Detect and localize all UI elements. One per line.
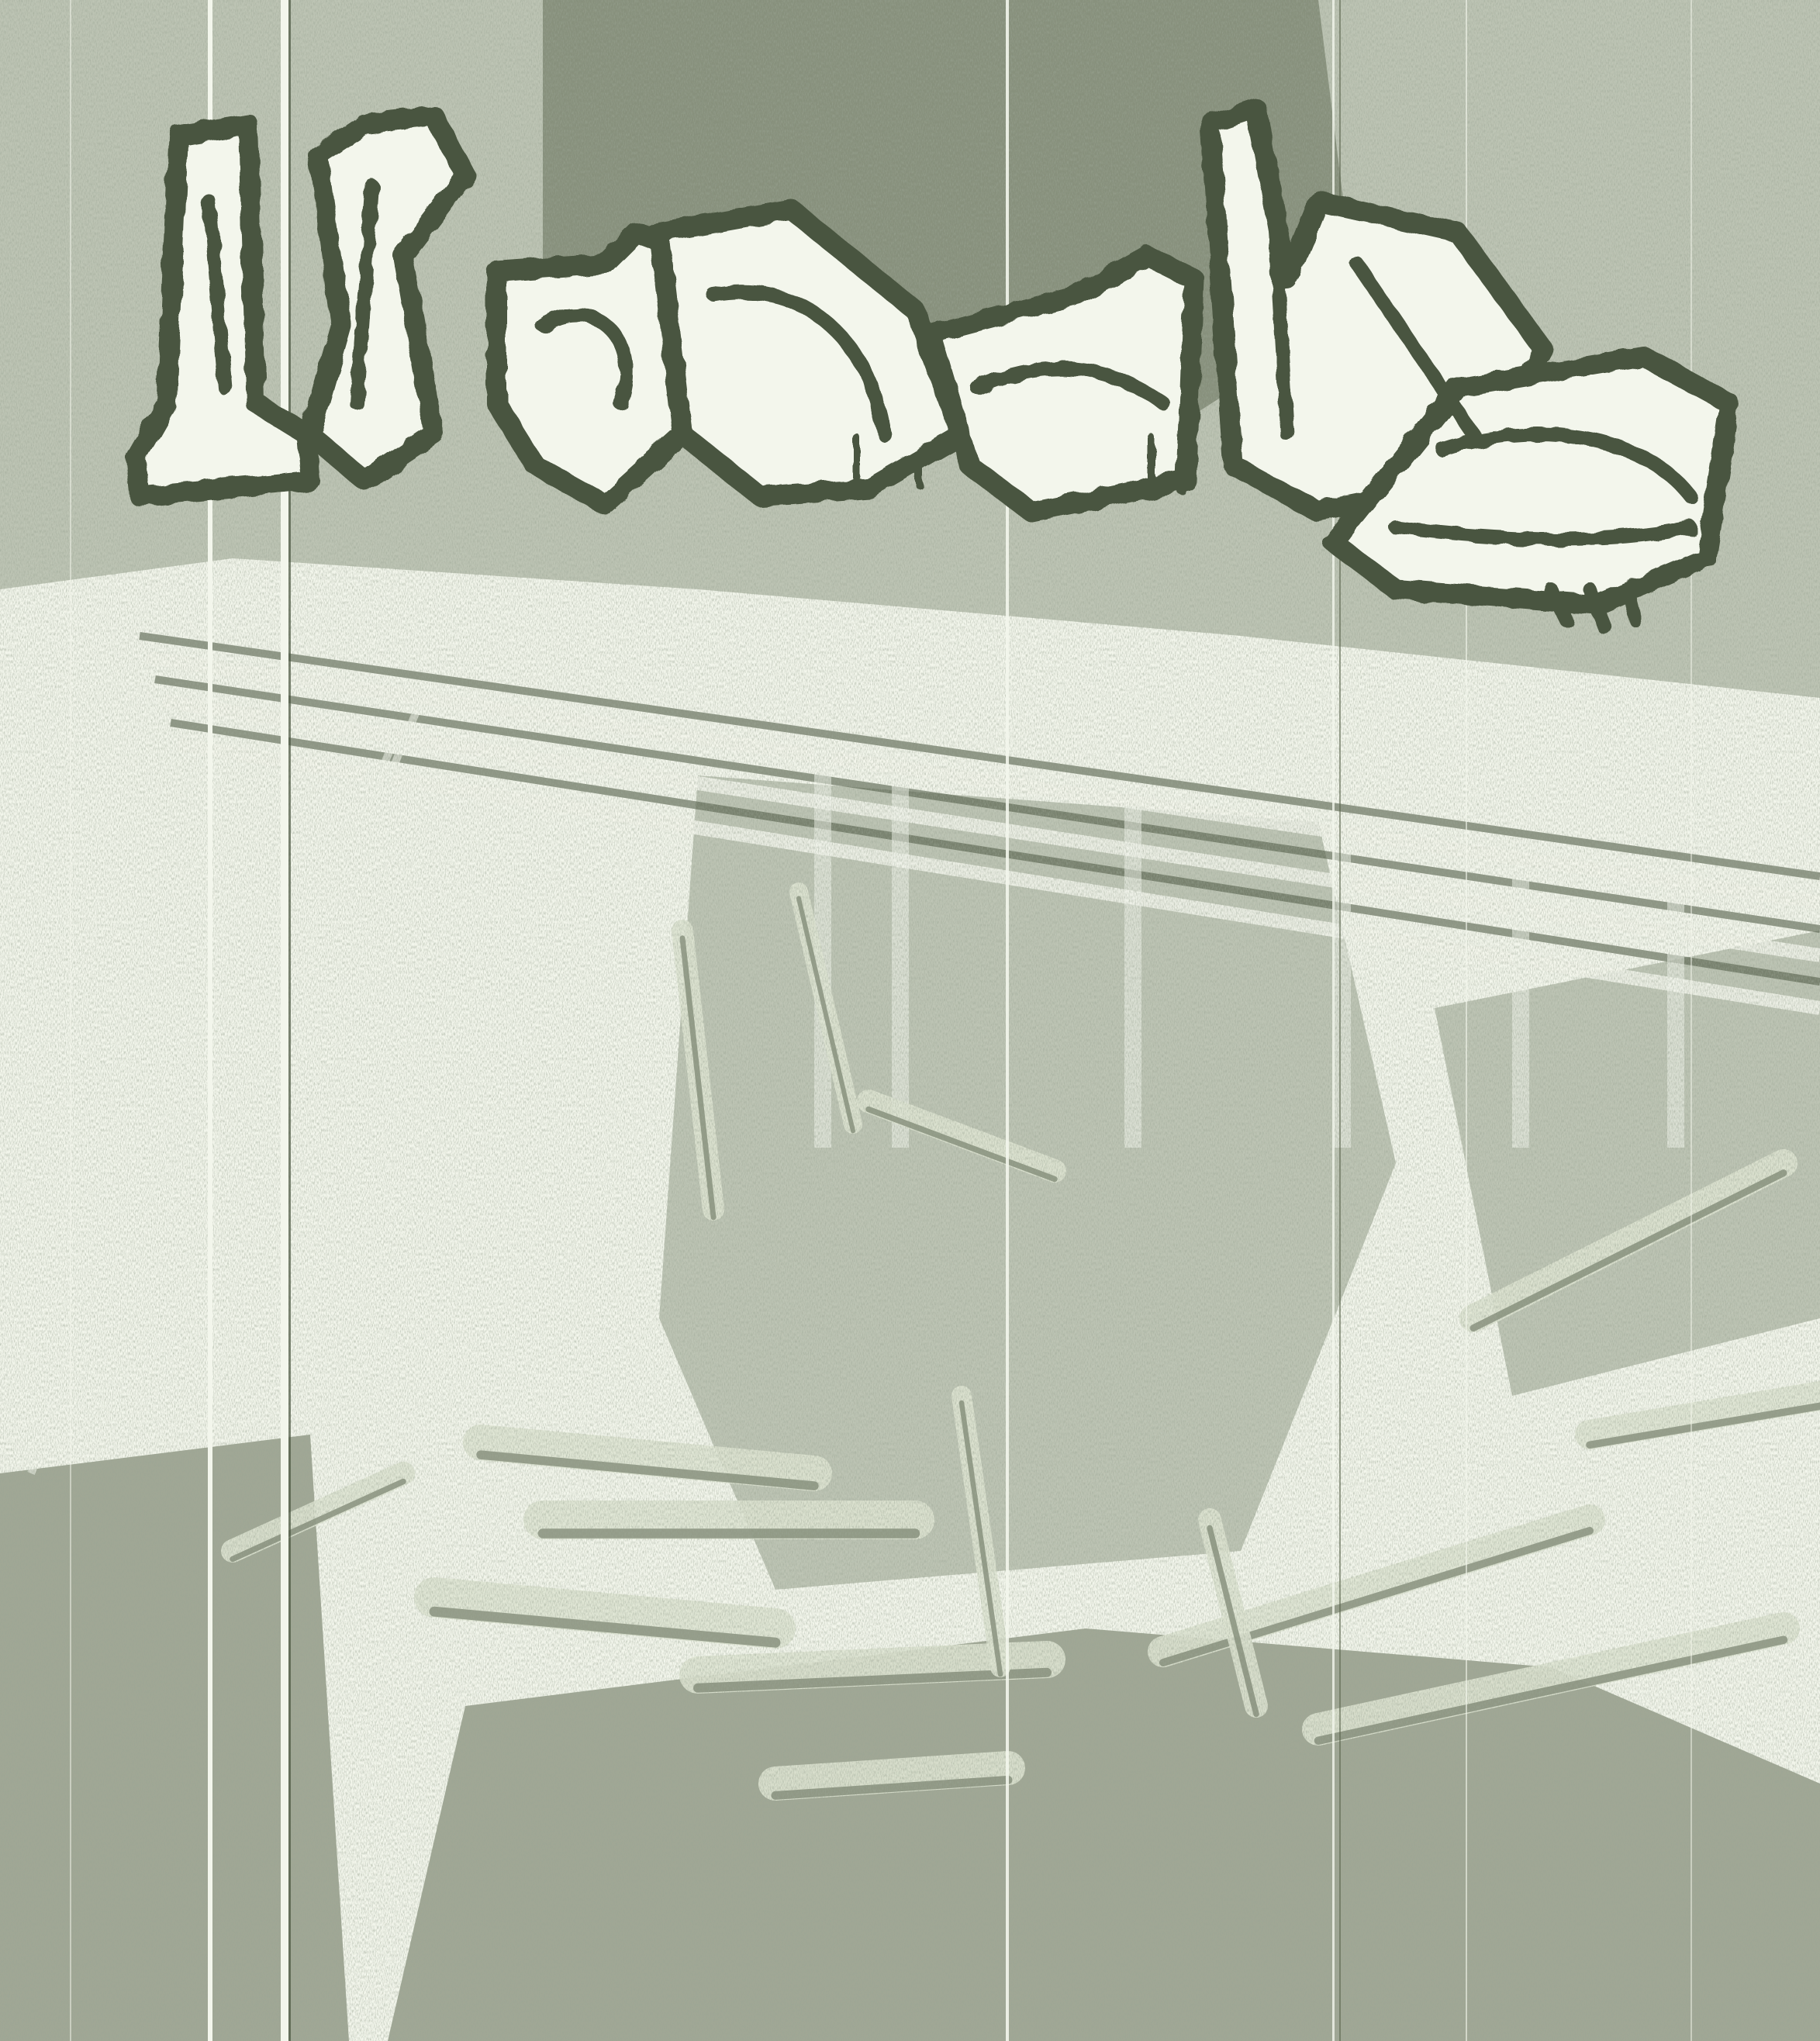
artwork-canvas: [0, 0, 1820, 2041]
artwork: [0, 0, 1820, 2041]
